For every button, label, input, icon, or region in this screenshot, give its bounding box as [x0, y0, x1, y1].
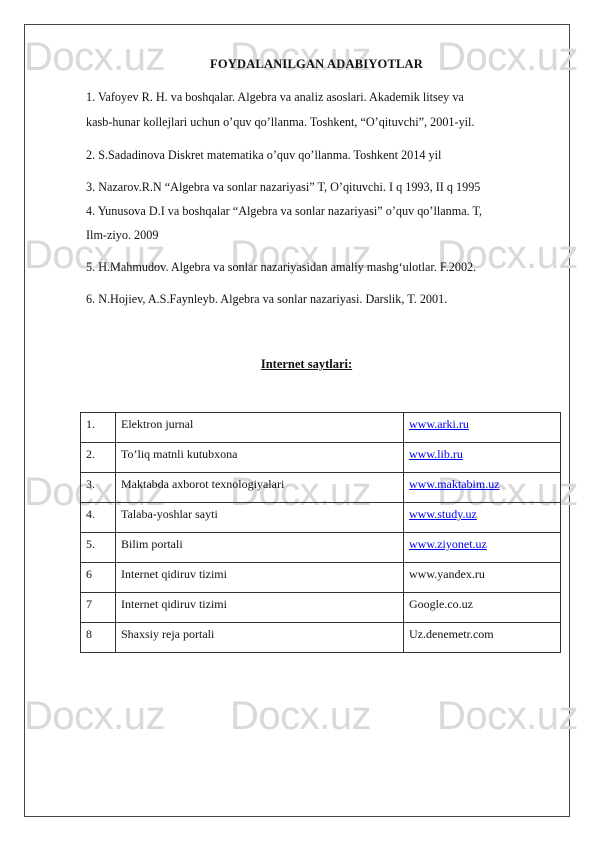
table-row: 5.Bilim portaliwww.ziyonet.uz [81, 533, 561, 563]
row-number: 8 [81, 623, 116, 653]
site-url: Google.co.uz [409, 597, 473, 611]
internet-sites-heading: Internet saytlari: [0, 357, 595, 372]
row-number: 3. [81, 473, 116, 503]
site-url-cell: www.maktabim.uz [404, 473, 561, 503]
site-url-cell: www.yandex.ru [404, 563, 561, 593]
table-row: 2.To’liq matnli kutubxonawww.lib.ru [81, 443, 561, 473]
site-url-cell: www.lib.ru [404, 443, 561, 473]
site-link[interactable]: www.ziyonet.uz [409, 537, 487, 551]
page-title: FOYDALANILGAN ADABIYOTLAR [0, 57, 595, 72]
table-row: 7Internet qidiruv tizimiGoogle.co.uz [81, 593, 561, 623]
reference-4-line-1: 4. Yunusova D.I va boshqalar “Algebra va… [86, 201, 482, 222]
site-name: Elektron jurnal [116, 413, 404, 443]
table-row: 1.Elektron jurnalwww.arki.ru [81, 413, 561, 443]
site-url-cell: www.study.uz [404, 503, 561, 533]
site-name: To’liq matnli kutubxona [116, 443, 404, 473]
site-link[interactable]: www.study.uz [409, 507, 477, 521]
site-name: Internet qidiruv tizimi [116, 593, 404, 623]
table-row: 4.Talaba-yoshlar saytiwww.study.uz [81, 503, 561, 533]
reference-2: 2. S.Sadadinova Diskret matematika o’quv… [86, 145, 441, 166]
site-url-cell: Google.co.uz [404, 593, 561, 623]
site-url: Uz.denemetr.com [409, 627, 494, 641]
row-number: 4. [81, 503, 116, 533]
site-url: www.yandex.ru [409, 567, 485, 581]
internet-sites-table: 1.Elektron jurnalwww.arki.ru2.To’liq mat… [80, 412, 561, 653]
row-number: 7 [81, 593, 116, 623]
site-url-cell: Uz.denemetr.com [404, 623, 561, 653]
reference-5: 5. H.Mahmudov. Algebra va sonlar nazariy… [86, 257, 476, 278]
site-name: Talaba-yoshlar sayti [116, 503, 404, 533]
site-name: Bilim portali [116, 533, 404, 563]
site-url-cell: www.ziyonet.uz [404, 533, 561, 563]
reference-1-line-1: 1. Vafoyev R. H. va boshqalar. Algebra v… [86, 87, 464, 108]
reference-1-line-2: kasb-hunar kollejlari uchun o’quv qo’lla… [86, 112, 475, 133]
row-number: 2. [81, 443, 116, 473]
site-name: Internet qidiruv tizimi [116, 563, 404, 593]
row-number: 6 [81, 563, 116, 593]
table-row: 3.Maktabda axborot texnologiyalariwww.ma… [81, 473, 561, 503]
reference-6: 6. N.Hojiev, A.S.Faynleyb. Algebra va so… [86, 289, 447, 310]
reference-4-line-2: Ilm-ziyo. 2009 [86, 225, 158, 246]
site-link[interactable]: www.arki.ru [409, 417, 469, 431]
row-number: 1. [81, 413, 116, 443]
site-link[interactable]: www.lib.ru [409, 447, 463, 461]
table-row: 8Shaxsiy reja portaliUz.denemetr.com [81, 623, 561, 653]
site-url-cell: www.arki.ru [404, 413, 561, 443]
site-name: Maktabda axborot texnologiyalari [116, 473, 404, 503]
site-name: Shaxsiy reja portali [116, 623, 404, 653]
site-link[interactable]: www.maktabim.uz [409, 477, 500, 491]
document-content: FOYDALANILGAN ADABIYOTLAR 1. Vafoyev R. … [0, 0, 595, 842]
table-row: 6Internet qidiruv tizimiwww.yandex.ru [81, 563, 561, 593]
reference-3: 3. Nazarov.R.N “Algebra va sonlar nazari… [86, 177, 480, 198]
row-number: 5. [81, 533, 116, 563]
